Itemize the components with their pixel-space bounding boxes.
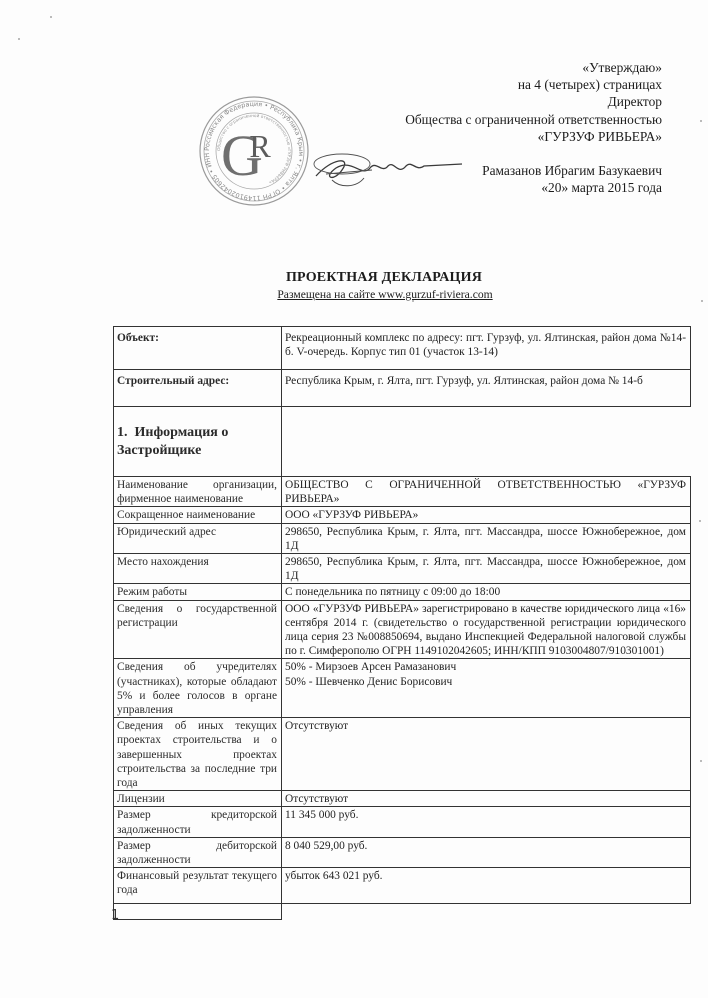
table-row-empty — [114, 904, 691, 920]
table-row: Лицензии Отсутствуют — [114, 791, 691, 807]
row-label: Финансовый результат текущего года — [114, 868, 282, 904]
page-number: 1 — [111, 908, 119, 923]
table-row: Режим работы С понедельника по пятницу с… — [114, 584, 691, 600]
approval-position: Директор — [405, 93, 662, 110]
row-value: 298650, Республика Крым, г. Ялта, пгт. М… — [282, 554, 691, 584]
approval-company-type: Общества с ограниченной ответственностью — [405, 111, 662, 128]
row-label: Строительный адрес: — [114, 370, 282, 407]
approval-heading: «Утверждаю» — [405, 59, 662, 76]
signature-scribble-icon — [312, 148, 472, 198]
section-heading: 1. Информация о Застройщике — [114, 407, 282, 477]
document-header: ПРОЕКТНАЯ ДЕКЛАРАЦИЯ Размещена на сайте … — [0, 270, 708, 301]
table-row: Финансовый результат текущего года убыто… — [114, 868, 691, 904]
row-label: Режим работы — [114, 584, 282, 600]
document-title: ПРОЕКТНАЯ ДЕКЛАРАЦИЯ — [60, 270, 708, 286]
table-row: Сведения об иных текущих проектах строит… — [114, 718, 691, 791]
table-row: Сокращенное наименование ООО «ГУРЗУФ РИВ… — [114, 507, 691, 523]
row-value: Отсутствуют — [282, 791, 691, 807]
table-row: Наименование организации, фирменное наим… — [114, 477, 691, 507]
row-value: 50% - Мирзоев Арсен Рамазанович 50% - Ше… — [282, 659, 691, 718]
row-label: Место нахождения — [114, 554, 282, 584]
table-row: Размер дебиторской задолженности 8 040 5… — [114, 837, 691, 867]
empty-cell — [282, 904, 691, 920]
row-label: Сведения о государственной регистрации — [114, 600, 282, 659]
row-label: Сведения об иных текущих проектах строит… — [114, 718, 282, 791]
stamp-seal-icon: Российская Федерация • Республика Крым •… — [198, 95, 310, 207]
table-row: Сведения об учредителях (участниках), ко… — [114, 659, 691, 718]
document-subtitle-website: Размещена на сайте www.gurzuf-riviera.co… — [62, 288, 708, 301]
table-row: Сведения о государственной регистрации О… — [114, 600, 691, 659]
row-label: Размер кредиторской задолженности — [114, 807, 282, 837]
founder-1: 50% - Мирзоев Арсен Рамазанович — [285, 660, 686, 674]
row-value: Рекреационный комплекс по адресу: пгт. Г… — [282, 327, 691, 370]
row-label: Объект: — [114, 327, 282, 370]
approval-pages: на 4 (четырех) страницах — [405, 76, 662, 93]
table-row: Юридический адрес 298650, Республика Кры… — [114, 523, 691, 553]
row-value: ОБЩЕСТВО С ОГРАНИЧЕННОЙ ОТВЕТСТВЕННОСТЬЮ… — [282, 477, 691, 507]
row-label: Сокращенное наименование — [114, 507, 282, 523]
section-number: 1. — [117, 425, 128, 440]
table-row: Размер кредиторской задолженности 11 345… — [114, 807, 691, 837]
table-row-address: Строительный адрес: Республика Крым, г. … — [114, 370, 691, 407]
section-title-line2: Застройщике — [117, 443, 201, 458]
row-value: 8 040 529,00 руб. — [282, 837, 691, 867]
row-value: 298650, Республика Крым, г. Ялта, пгт. М… — [282, 523, 691, 553]
table-row-object: Объект: Рекреационный комплекс по адресу… — [114, 327, 691, 370]
table-row: Место нахождения 298650, Республика Крым… — [114, 554, 691, 584]
section-heading-row: 1. Информация о Застройщике — [114, 407, 691, 477]
row-value: ООО «ГУРЗУФ РИВЬЕРА» — [282, 507, 691, 523]
row-label: Юридический адрес — [114, 523, 282, 553]
row-value: ООО «ГУРЗУФ РИВЬЕРА» зарегистрировано в … — [282, 600, 691, 659]
approval-company-name: «ГУРЗУФ РИВЬЕРА» — [405, 128, 662, 145]
row-value: Отсутствуют — [282, 718, 691, 791]
row-label: Наименование организации, фирменное наим… — [114, 477, 282, 507]
declaration-table: Объект: Рекреационный комплекс по адресу… — [113, 326, 691, 920]
row-label: Сведения об учредителях (участниках), ко… — [114, 659, 282, 718]
row-label: Размер дебиторской задолженности — [114, 837, 282, 867]
row-value: С понедельника по пятницу с 09:00 до 18:… — [282, 584, 691, 600]
section-empty-cell — [282, 407, 691, 477]
row-label: Лицензии — [114, 791, 282, 807]
row-value: 11 345 000 руб. — [282, 807, 691, 837]
director-signature — [312, 148, 472, 203]
row-value: Республика Крым, г. Ялта, пгт. Гурзуф, у… — [282, 370, 691, 407]
svg-text:R: R — [249, 128, 271, 164]
empty-cell — [114, 904, 282, 920]
founder-2: 50% - Шевченко Денис Борисович — [285, 675, 686, 689]
section-title-line1: Информация о — [135, 425, 229, 440]
row-value: убыток 643 021 руб. — [282, 868, 691, 904]
company-stamp: Российская Федерация • Республика Крым •… — [198, 95, 310, 212]
